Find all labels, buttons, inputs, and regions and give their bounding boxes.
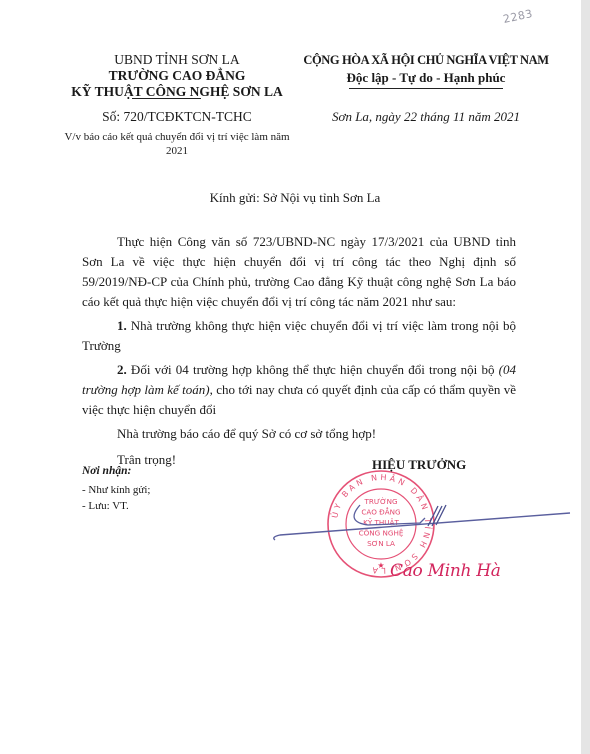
recipient-item: - Như kính gửi; (82, 482, 150, 498)
place-date: Sơn La, ngày 22 tháng 11 năm 2021 (296, 108, 556, 125)
org-name-line1: TRƯỜNG CAO ĐẲNG (62, 68, 292, 84)
signer-name: Cao Minh Hà (390, 561, 501, 581)
document-subject: V/v báo cáo kết quả chuyển đổi vị trí vi… (62, 130, 292, 158)
motto-underline (349, 88, 503, 89)
recipient-item: - Lưu: VT. (82, 498, 150, 514)
national-header: CỘNG HÒA XÃ HỘI CHỦ NGHĨA VIỆT NAM Độc l… (296, 52, 556, 125)
national-motto: Độc lập - Tự do - Hạnh phúc (296, 69, 556, 86)
document-number: Số: 720/TCĐKTCN-TCHC (62, 109, 292, 125)
item-1: 1. Nhà trường không thực hiện việc chuyể… (82, 316, 516, 356)
org-underline (132, 98, 201, 99)
letter-body: Thực hiện Công văn số 723/UBND-NC ngày 1… (82, 232, 516, 476)
signer-title: HIỆU TRƯỞNG (372, 457, 466, 473)
authority-name: UBND TỈNH SƠN LA (62, 52, 292, 68)
issuer-header: UBND TỈNH SƠN LA TRƯỜNG CAO ĐẲNG KỸ THUẬ… (62, 52, 292, 158)
page-edge-strip (581, 0, 590, 754)
item-1-number: 1. (117, 318, 127, 333)
svg-text:★: ★ (377, 561, 384, 570)
item-1-text: Nhà trường không thực hiện việc chuyển đ… (82, 318, 516, 353)
intro-paragraph: Thực hiện Công văn số 723/UBND-NC ngày 1… (82, 232, 516, 312)
signature-ink (270, 500, 580, 550)
item-2-number: 2. (117, 362, 127, 377)
item-2-text-a: Đối với 04 trường hợp không thể thực hiệ… (127, 362, 499, 377)
handwritten-number: 2283 (502, 7, 534, 26)
addressee: Kính gửi: Sở Nội vụ tỉnh Sơn La (0, 190, 590, 206)
recipients-title: Nơi nhận: (82, 463, 150, 479)
closing-sentence: Nhà trường báo cáo để quý Sở có cơ sở tổ… (82, 424, 516, 444)
recipients-block: Nơi nhận: - Như kính gửi; - Lưu: VT. (82, 463, 150, 514)
nation-name: CỘNG HÒA XÃ HỘI CHỦ NGHĨA VIỆT NAM (296, 52, 556, 69)
item-2: 2. Đối với 04 trường hợp không thể thực … (82, 360, 516, 420)
